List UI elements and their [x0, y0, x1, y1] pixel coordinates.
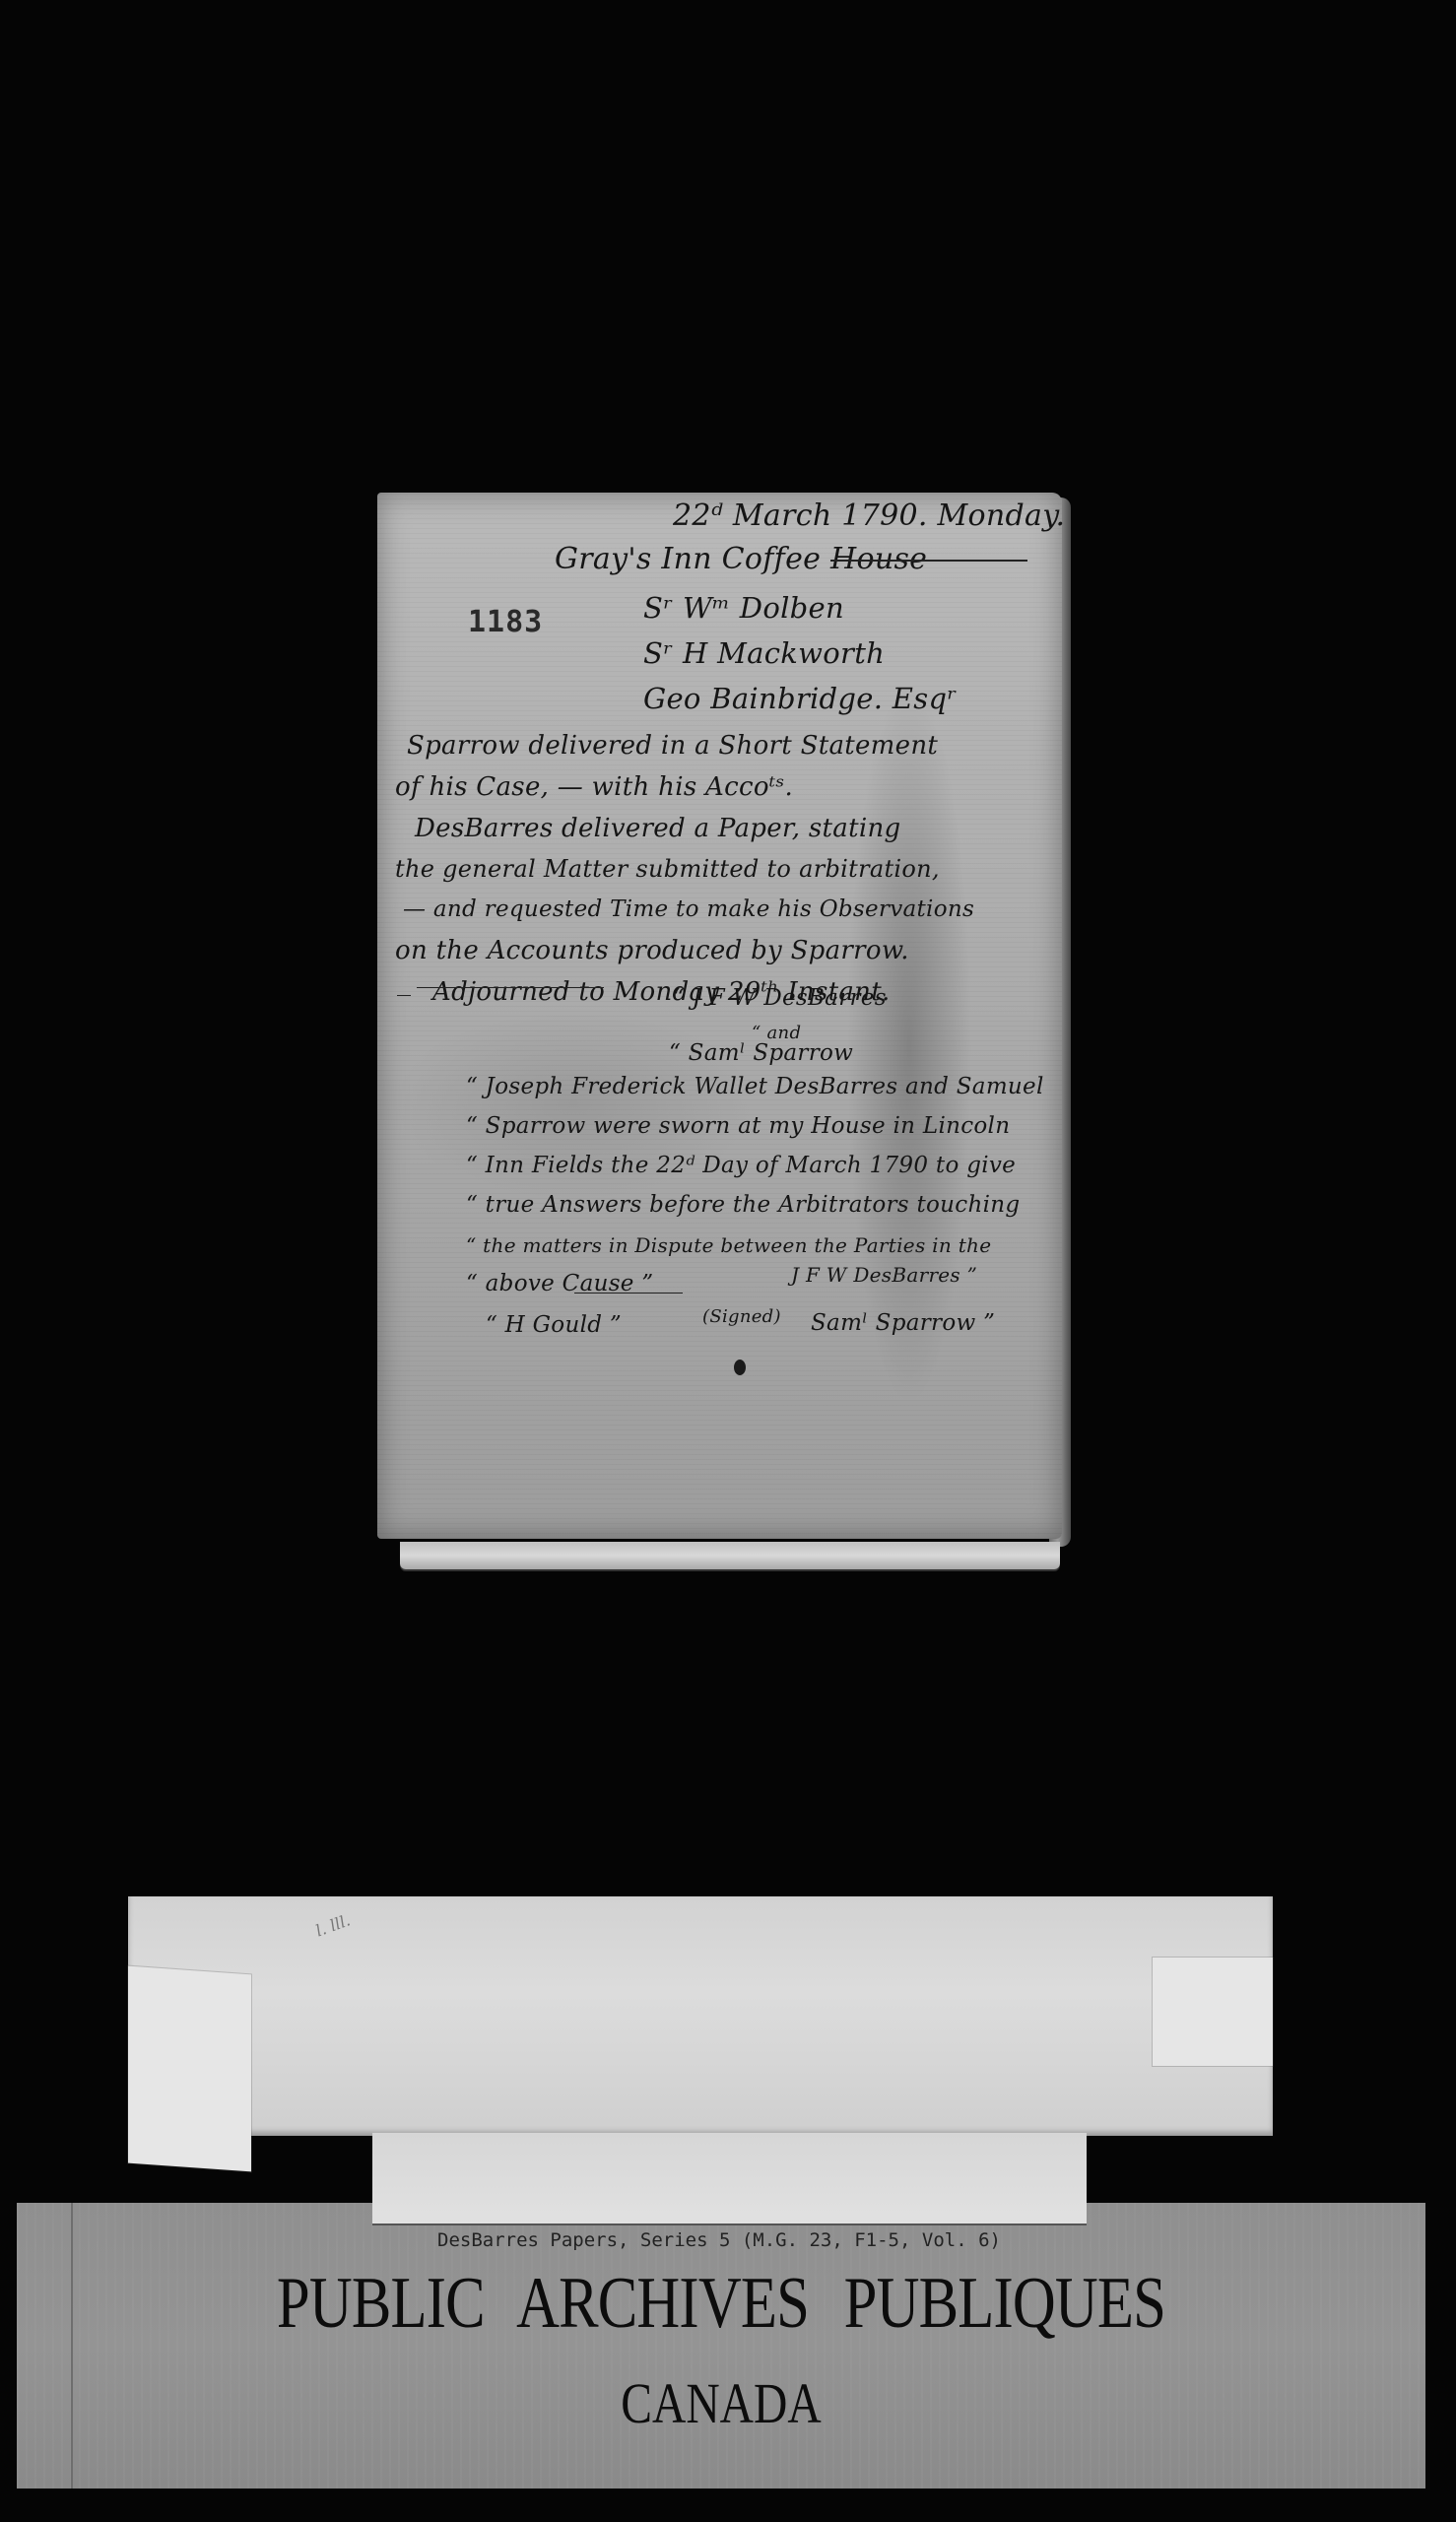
signed-mark: (Signed) — [702, 1306, 781, 1327]
location-underline — [830, 560, 1027, 562]
label-line-1: DesBarres Papers, Series 5 (M.G. 23, F1-… — [437, 2229, 1001, 2251]
signatory-two: Samˡ Sparrow ” — [811, 1310, 995, 1336]
minutes-line-1: Sparrow delivered in a Short Statement — [407, 731, 938, 761]
minutes-line-2: of his Case, — with his Accoᵗˢ. — [395, 772, 793, 802]
section-divider — [417, 987, 604, 988]
affidavit-underline — [574, 1293, 683, 1294]
ink-blot — [734, 1360, 746, 1375]
signatory-one: J F W DesBarres ” — [791, 1263, 977, 1287]
caption-party-one: “ J F W DesBarres — [673, 985, 887, 1011]
page-bottom-strip — [400, 1542, 1060, 1569]
minutes-line-4: the general Matter submitted to arbitrat… — [395, 855, 940, 883]
affidavit-line-1: “ Joseph Frederick Wallet DesBarres and … — [466, 1074, 1044, 1099]
affidavit-line-5: “ the matters in Dispute between the Par… — [466, 1233, 991, 1257]
caption-party-two: “ Samˡ Sparrow — [669, 1040, 853, 1066]
archive-country: CANADA — [144, 2370, 1299, 2436]
minutes-line-3: DesBarres delivered a Paper, stating — [415, 814, 900, 843]
minutes-line-6: on the Accounts produced by Sparrow. — [395, 936, 909, 965]
witness-signature: “ H Gould ” — [486, 1312, 622, 1338]
envelope-wrapper: l. lll. — [128, 1896, 1273, 2136]
tape-left — [128, 1966, 251, 2172]
stamp-number: 1183 — [468, 605, 543, 639]
attendee-2: Sʳ H Mackworth — [643, 636, 885, 670]
card-fold-line — [71, 2203, 73, 2489]
affidavit-line-2: “ Sparrow were sworn at my House in Linc… — [466, 1113, 1010, 1139]
attendee-3: Geo Bainbridge. Esqʳ — [643, 682, 958, 715]
envelope-pencil-note: l. lll. — [313, 1910, 353, 1940]
archive-title: PUBLIC ARCHIVES PUBLIQUES — [144, 2262, 1299, 2346]
tape-right — [1153, 1958, 1273, 2066]
affidavit-line-3: “ Inn Fields the 22ᵈ Day of March 1790 t… — [466, 1153, 1016, 1178]
manuscript-page: 1183 22ᵈ March 1790. Monday. Gray's Inn … — [377, 493, 1062, 1539]
attendee-1: Sʳ Wᵐ Dolben — [643, 591, 844, 625]
minutes-line-5: — and requested Time to make his Observa… — [403, 896, 974, 922]
date-line: 22ᵈ March 1790. Monday. — [673, 498, 1065, 533]
affidavit-line-4: “ true Answers before the Arbitrators to… — [466, 1192, 1020, 1218]
typed-label: DesBarres Papers, Series 5 (M.G. 23, F1-… — [372, 2133, 1087, 2223]
margin-dash — [397, 995, 411, 996]
